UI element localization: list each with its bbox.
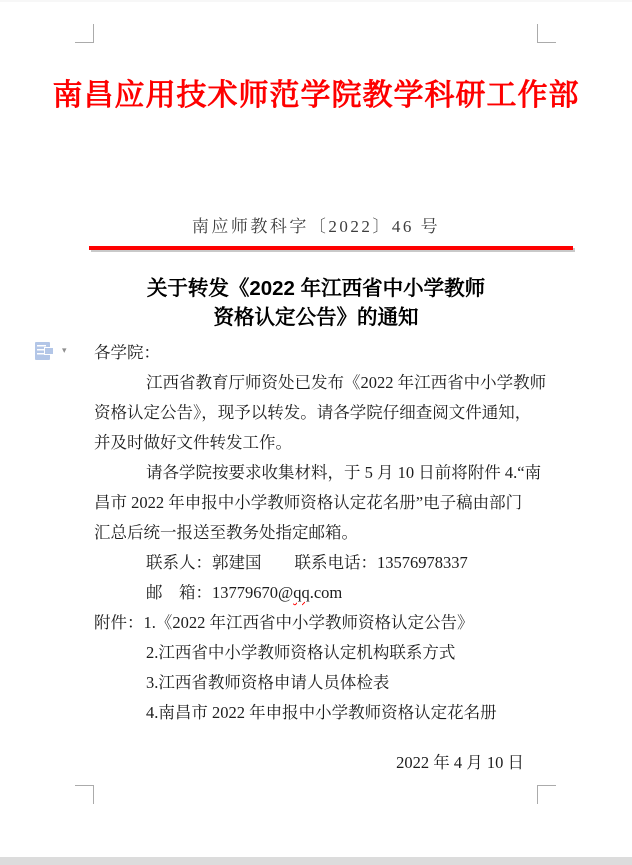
issue-date: 2022 年 4 月 10 日: [94, 748, 540, 778]
notice-title: 关于转发《2022 年江西省中小学教师 资格认定公告》的通知: [0, 274, 632, 332]
text-boundary-mark-bottom-left: [75, 785, 94, 804]
attachment-item-3: 3.江西省教师资格申请人员体检表: [94, 668, 540, 698]
email-label: 邮 箱：: [146, 583, 212, 602]
notice-title-line2: 资格认定公告》的通知: [0, 303, 632, 332]
page-top-edge: [0, 0, 632, 2]
chevron-down-icon: ▾: [62, 347, 67, 356]
notice-title-line1: 关于转发《2022 年江西省中小学教师: [0, 274, 632, 303]
contact-email-line: 邮 箱：13779670@qq.com: [94, 578, 540, 608]
text-boundary-mark-top-left: [75, 24, 94, 43]
department-header-title: 南昌应用技术师范学院教学科研工作部: [0, 70, 632, 114]
document-icon: [35, 342, 50, 360]
paragraph1-line2: 资格认定公告》，现予以转发。请各学院仔细查阅文件通知，: [94, 398, 540, 428]
attachments-intro-line: 附件：1.《2022 年江西省中小学教师资格认定公告》: [94, 608, 540, 638]
page-bottom-edge: [0, 857, 632, 865]
paragraph1-line3: 并及时做好文件转发工作。: [94, 428, 540, 458]
paragraph2-line3: 汇总后统一报送至教务处指定邮箱。: [94, 518, 540, 548]
salutation: 各学院：: [94, 338, 540, 368]
document-number: 南应师教科字〔2022〕46 号: [0, 212, 632, 237]
red-separator-line: [89, 246, 573, 250]
paragraph1-line1: 江西省教育厅师资处已发布《2022 年江西省中小学教师: [94, 368, 540, 398]
text-boundary-mark-top-right: [537, 24, 556, 43]
attachment-item-2: 2.江西省中小学教师资格认定机构联系方式: [94, 638, 540, 668]
email-address-suffix: .com: [310, 583, 343, 602]
paragraph2-line2: 昌市 2022 年申报中小学教师资格认定花名册”电子稿由部门: [94, 488, 540, 518]
attachment-item-4: 4.南昌市 2022 年申报中小学教师资格认定花名册: [94, 698, 540, 728]
email-spellcheck-segment: qq: [293, 583, 310, 602]
paragraph2-line1: 请各学院按要求收集材料，于 5 月 10 日前将附件 4.“南: [94, 458, 540, 488]
notice-body: 各学院： 江西省教育厅师资处已发布《2022 年江西省中小学教师 资格认定公告》…: [94, 338, 540, 778]
email-address-prefix: 13779670@: [212, 583, 293, 602]
margin-paste-options-button[interactable]: ▾: [35, 342, 65, 364]
document-page: 南昌应用技术师范学院教学科研工作部 南应师教科字〔2022〕46 号 关于转发《…: [0, 0, 632, 865]
text-boundary-mark-bottom-right: [537, 785, 556, 804]
contact-person-phone-line: 联系人：郭建国 联系电话：13576978337: [94, 548, 540, 578]
